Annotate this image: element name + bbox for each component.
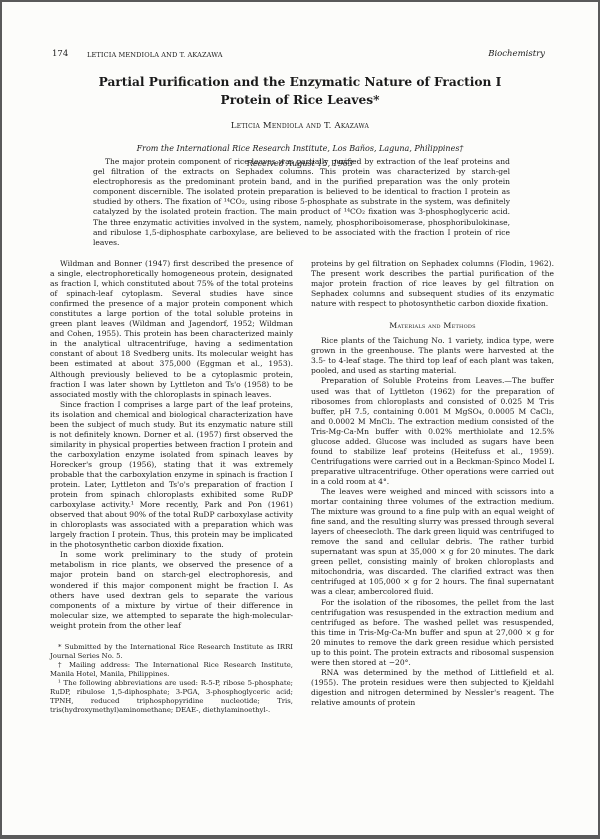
footnote-submitted: * Submitted by the International Rice Re… bbox=[50, 643, 293, 661]
affiliation: From the International Rice Research Ins… bbox=[2, 141, 598, 156]
body-paragraph-continuation: proteins by gel filtration on Sephadex c… bbox=[311, 259, 554, 309]
abstract: The major protein component of rice leav… bbox=[93, 157, 510, 248]
title-line-1: Partial Purification and the Enzymatic N… bbox=[2, 74, 598, 92]
page-number: 174 bbox=[52, 49, 68, 59]
article-title: Partial Purification and the Enzymatic N… bbox=[2, 74, 598, 109]
running-head-authors: LETICIA MENDIOLA AND T. AKAZAWA bbox=[87, 50, 223, 60]
author-byline: Leticia Mendiola and T. Akazawa bbox=[2, 121, 598, 131]
footnotes: * Submitted by the International Rice Re… bbox=[50, 643, 293, 715]
left-column: Wildman and Bonner (1947) first describe… bbox=[50, 259, 293, 715]
title-line-2: Protein of Rice Leaves* bbox=[2, 92, 598, 110]
body-paragraph: Since fraction I comprises a large part … bbox=[50, 400, 293, 551]
footnote-abbreviations: ¹ The following abbreviations are used: … bbox=[50, 679, 293, 715]
body-paragraph: For the isolation of the ribosomes, the … bbox=[311, 598, 554, 668]
journal-name: Biochemistry bbox=[488, 49, 545, 59]
body-paragraph: Preparation of Soluble Proteins from Lea… bbox=[311, 376, 554, 487]
footnote-mailing-address: † Mailing address: The International Ric… bbox=[50, 661, 293, 679]
body-paragraph: In some work preliminary to the study of… bbox=[50, 550, 293, 630]
body-paragraph: Rice plants of the Taichung No. 1 variet… bbox=[311, 336, 554, 376]
body-paragraph: RNA was determined by the method of Litt… bbox=[311, 668, 554, 708]
body-paragraph: The leaves were weighed and minced with … bbox=[311, 487, 554, 598]
paper-page: 174 LETICIA MENDIOLA AND T. AKAZAWA Bioc… bbox=[2, 2, 598, 835]
body-paragraph: Wildman and Bonner (1947) first describe… bbox=[50, 259, 293, 400]
right-column: proteins by gel filtration on Sephadex c… bbox=[311, 259, 554, 708]
section-heading-materials-methods: Materials and Methods bbox=[311, 321, 554, 331]
